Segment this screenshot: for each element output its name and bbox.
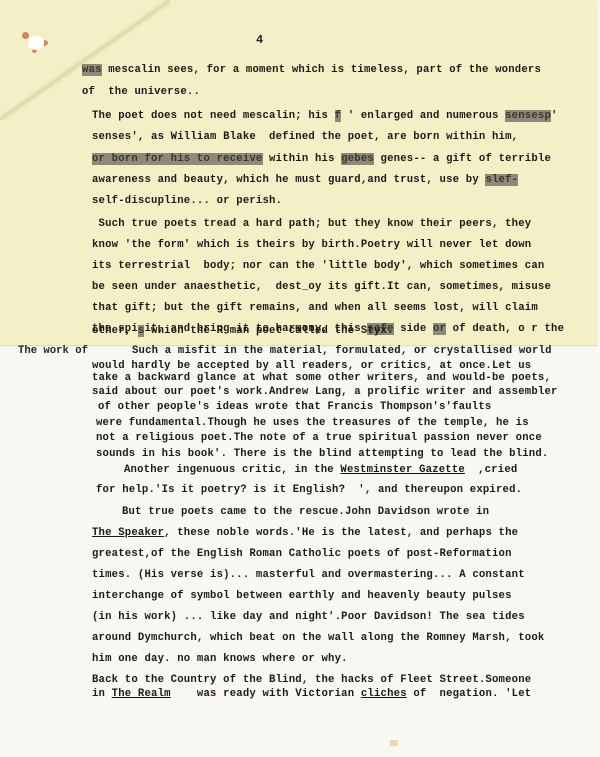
typed-line: know 'the form' which is theirs by birth… bbox=[92, 239, 531, 251]
struck-out-text: was bbox=[82, 64, 102, 76]
line-text: sounds in his book'. There is the blind … bbox=[96, 448, 548, 460]
line-text: be seen under anaesthetic, dest_oy its g… bbox=[92, 281, 551, 293]
line-text: Such a misfit in the material, formulate… bbox=[132, 345, 552, 357]
line-text: of other people's ideas wrote that Franc… bbox=[98, 401, 491, 413]
line-text: interchange of symbol between earthly an… bbox=[92, 590, 512, 602]
typescript-page: 4 was mescalin sees, for a moment which … bbox=[0, 0, 600, 757]
typed-line: Back to the Country of the Blind, the ha… bbox=[92, 674, 531, 686]
struck-out-text: or born for his to receive bbox=[92, 153, 263, 165]
line-text: greatest,of the English Roman Catholic p… bbox=[92, 548, 512, 560]
line-text: know 'the form' which is theirs by birth… bbox=[92, 239, 531, 251]
typed-line: Such true poets tread a hard path; but t… bbox=[92, 218, 531, 230]
line-text: ,cried bbox=[465, 464, 517, 476]
typed-line: be seen under anaesthetic, dest_oy its g… bbox=[92, 281, 551, 293]
struck-out-text: sensesp bbox=[505, 110, 551, 122]
struck-out-text: slef- bbox=[485, 174, 518, 186]
line-text: him one day. no man knows where or why. bbox=[92, 653, 348, 665]
line-text: of the universe.. bbox=[82, 86, 200, 98]
typed-line: (in his work) ... like day and night'.Po… bbox=[92, 611, 525, 623]
line-text: senses', as William Blake defined the po… bbox=[92, 131, 518, 143]
rust-stain-pin-hole bbox=[22, 28, 52, 56]
line-text: of death, o r the bbox=[446, 323, 564, 335]
line-text: within his bbox=[263, 153, 342, 165]
line-text: take a backward glance at what some othe… bbox=[92, 372, 551, 384]
typed-line: of the universe.. bbox=[82, 86, 200, 98]
line-text: other, bbox=[92, 325, 138, 337]
typed-line: around Dymchurch, which beat on the wall… bbox=[92, 632, 544, 644]
line-text: for help.'Is it poetry? is it English? '… bbox=[96, 484, 522, 496]
line-text: awareness and beauty, which he must guar… bbox=[92, 174, 485, 186]
typed-line: take a backward glance at what some othe… bbox=[92, 372, 551, 384]
line-text: would hardly be accepted by all readers,… bbox=[92, 360, 531, 372]
typed-line: greatest,of the English Roman Catholic p… bbox=[92, 548, 512, 560]
typed-line: times. (His verse is)... masterful and o… bbox=[92, 569, 525, 581]
line-text: times. (His verse is)... masterful and o… bbox=[92, 569, 525, 581]
typed-line: The poet does not need mescalin; his f '… bbox=[92, 110, 558, 122]
typed-line: interchange of symbol between earthly an… bbox=[92, 590, 512, 602]
typed-line: Another ingenuous critic, in the Westmin… bbox=[124, 464, 517, 476]
line-text: side bbox=[394, 323, 433, 335]
typed-line: awareness and beauty, which he must guar… bbox=[92, 174, 518, 186]
typed-line: The Speaker, these noble words.'He is th… bbox=[92, 527, 518, 539]
line-text: its terrestrial body; nor can the 'littl… bbox=[92, 260, 544, 272]
typed-line: would hardly be accepted by all readers,… bbox=[92, 360, 531, 372]
line-text: ' enlarged and numerous bbox=[341, 110, 505, 122]
line-text: were fundamental.Though he uses the trea… bbox=[96, 417, 529, 429]
page-number: 4 bbox=[256, 33, 263, 47]
typed-line: other, s which the R man poet called the… bbox=[92, 325, 394, 337]
line-text: Such true poets tread a hard path; but t… bbox=[92, 218, 531, 230]
line-text: which the R man poet called the Styx. bbox=[144, 325, 393, 337]
typed-line: him one day. no man knows where or why. bbox=[92, 653, 348, 665]
line-text: But true poets came to the rescue.John D… bbox=[122, 506, 489, 518]
margin-note: The work of bbox=[18, 345, 88, 357]
line-text: self-discupline... or perish. bbox=[92, 195, 282, 207]
struck-out-text: gebes bbox=[341, 153, 374, 165]
line-text: genes-- a gift of terrible bbox=[374, 153, 551, 165]
line-text: , these noble words.'He is the latest, a… bbox=[164, 527, 518, 539]
typed-line: for help.'Is it poetry? is it English? '… bbox=[96, 484, 522, 496]
line-text: around Dymchurch, which beat on the wall… bbox=[92, 632, 544, 644]
underlined-word: cliches bbox=[361, 688, 407, 700]
underlined-title: The Speaker bbox=[92, 527, 164, 539]
line-text: mescalin sees, for a moment which is tim… bbox=[102, 64, 541, 76]
typed-line: senses', as William Blake defined the po… bbox=[92, 131, 518, 143]
typed-line: or born for his to receive within his ge… bbox=[92, 153, 551, 165]
typed-line: sounds in his book'. There is the blind … bbox=[96, 448, 548, 460]
line-text: Another ingenuous critic, in the bbox=[124, 464, 340, 476]
line-text: ' bbox=[551, 110, 558, 122]
typed-line: Such a misfit in the material, formulate… bbox=[132, 345, 552, 357]
typed-line: But true poets came to the rescue.John D… bbox=[122, 506, 489, 518]
line-text: (in his work) ... like day and night'.Po… bbox=[92, 611, 525, 623]
typed-line: that gift; but the gift remains, and whe… bbox=[92, 302, 538, 314]
typed-line: self-discupline... or perish. bbox=[92, 195, 282, 207]
typed-line: its terrestrial body; nor can the 'littl… bbox=[92, 260, 544, 272]
underlined-title: Westminster Gazette bbox=[340, 464, 465, 476]
line-text: Back to the Country of the Blind, the ha… bbox=[92, 674, 531, 686]
typed-line: in The Realm was ready with Victorian cl… bbox=[92, 688, 531, 700]
line-text: was ready with Victorian bbox=[171, 688, 361, 700]
line-text: said about our poet's work.Andrew Lang, … bbox=[92, 386, 558, 398]
typed-line: of other people's ideas wrote that Franc… bbox=[98, 401, 491, 413]
paper-mark bbox=[390, 740, 398, 746]
line-text: not a religious poet.The note of a true … bbox=[96, 432, 542, 444]
underlined-title: The Realm bbox=[112, 688, 171, 700]
line-text: The poet does not need mescalin; his bbox=[92, 110, 335, 122]
line-text: of negation. 'Let bbox=[407, 688, 532, 700]
pasted-paper-slip: 4 bbox=[0, 0, 597, 345]
typed-line: were fundamental.Though he uses the trea… bbox=[96, 417, 529, 429]
typed-line: not a religious poet.The note of a true … bbox=[96, 432, 542, 444]
typed-line: said about our poet's work.Andrew Lang, … bbox=[92, 386, 558, 398]
typed-line: was mescalin sees, for a moment which is… bbox=[82, 64, 541, 76]
line-text: that gift; but the gift remains, and whe… bbox=[92, 302, 538, 314]
line-text: in bbox=[92, 688, 112, 700]
struck-out-text: or bbox=[433, 323, 446, 335]
